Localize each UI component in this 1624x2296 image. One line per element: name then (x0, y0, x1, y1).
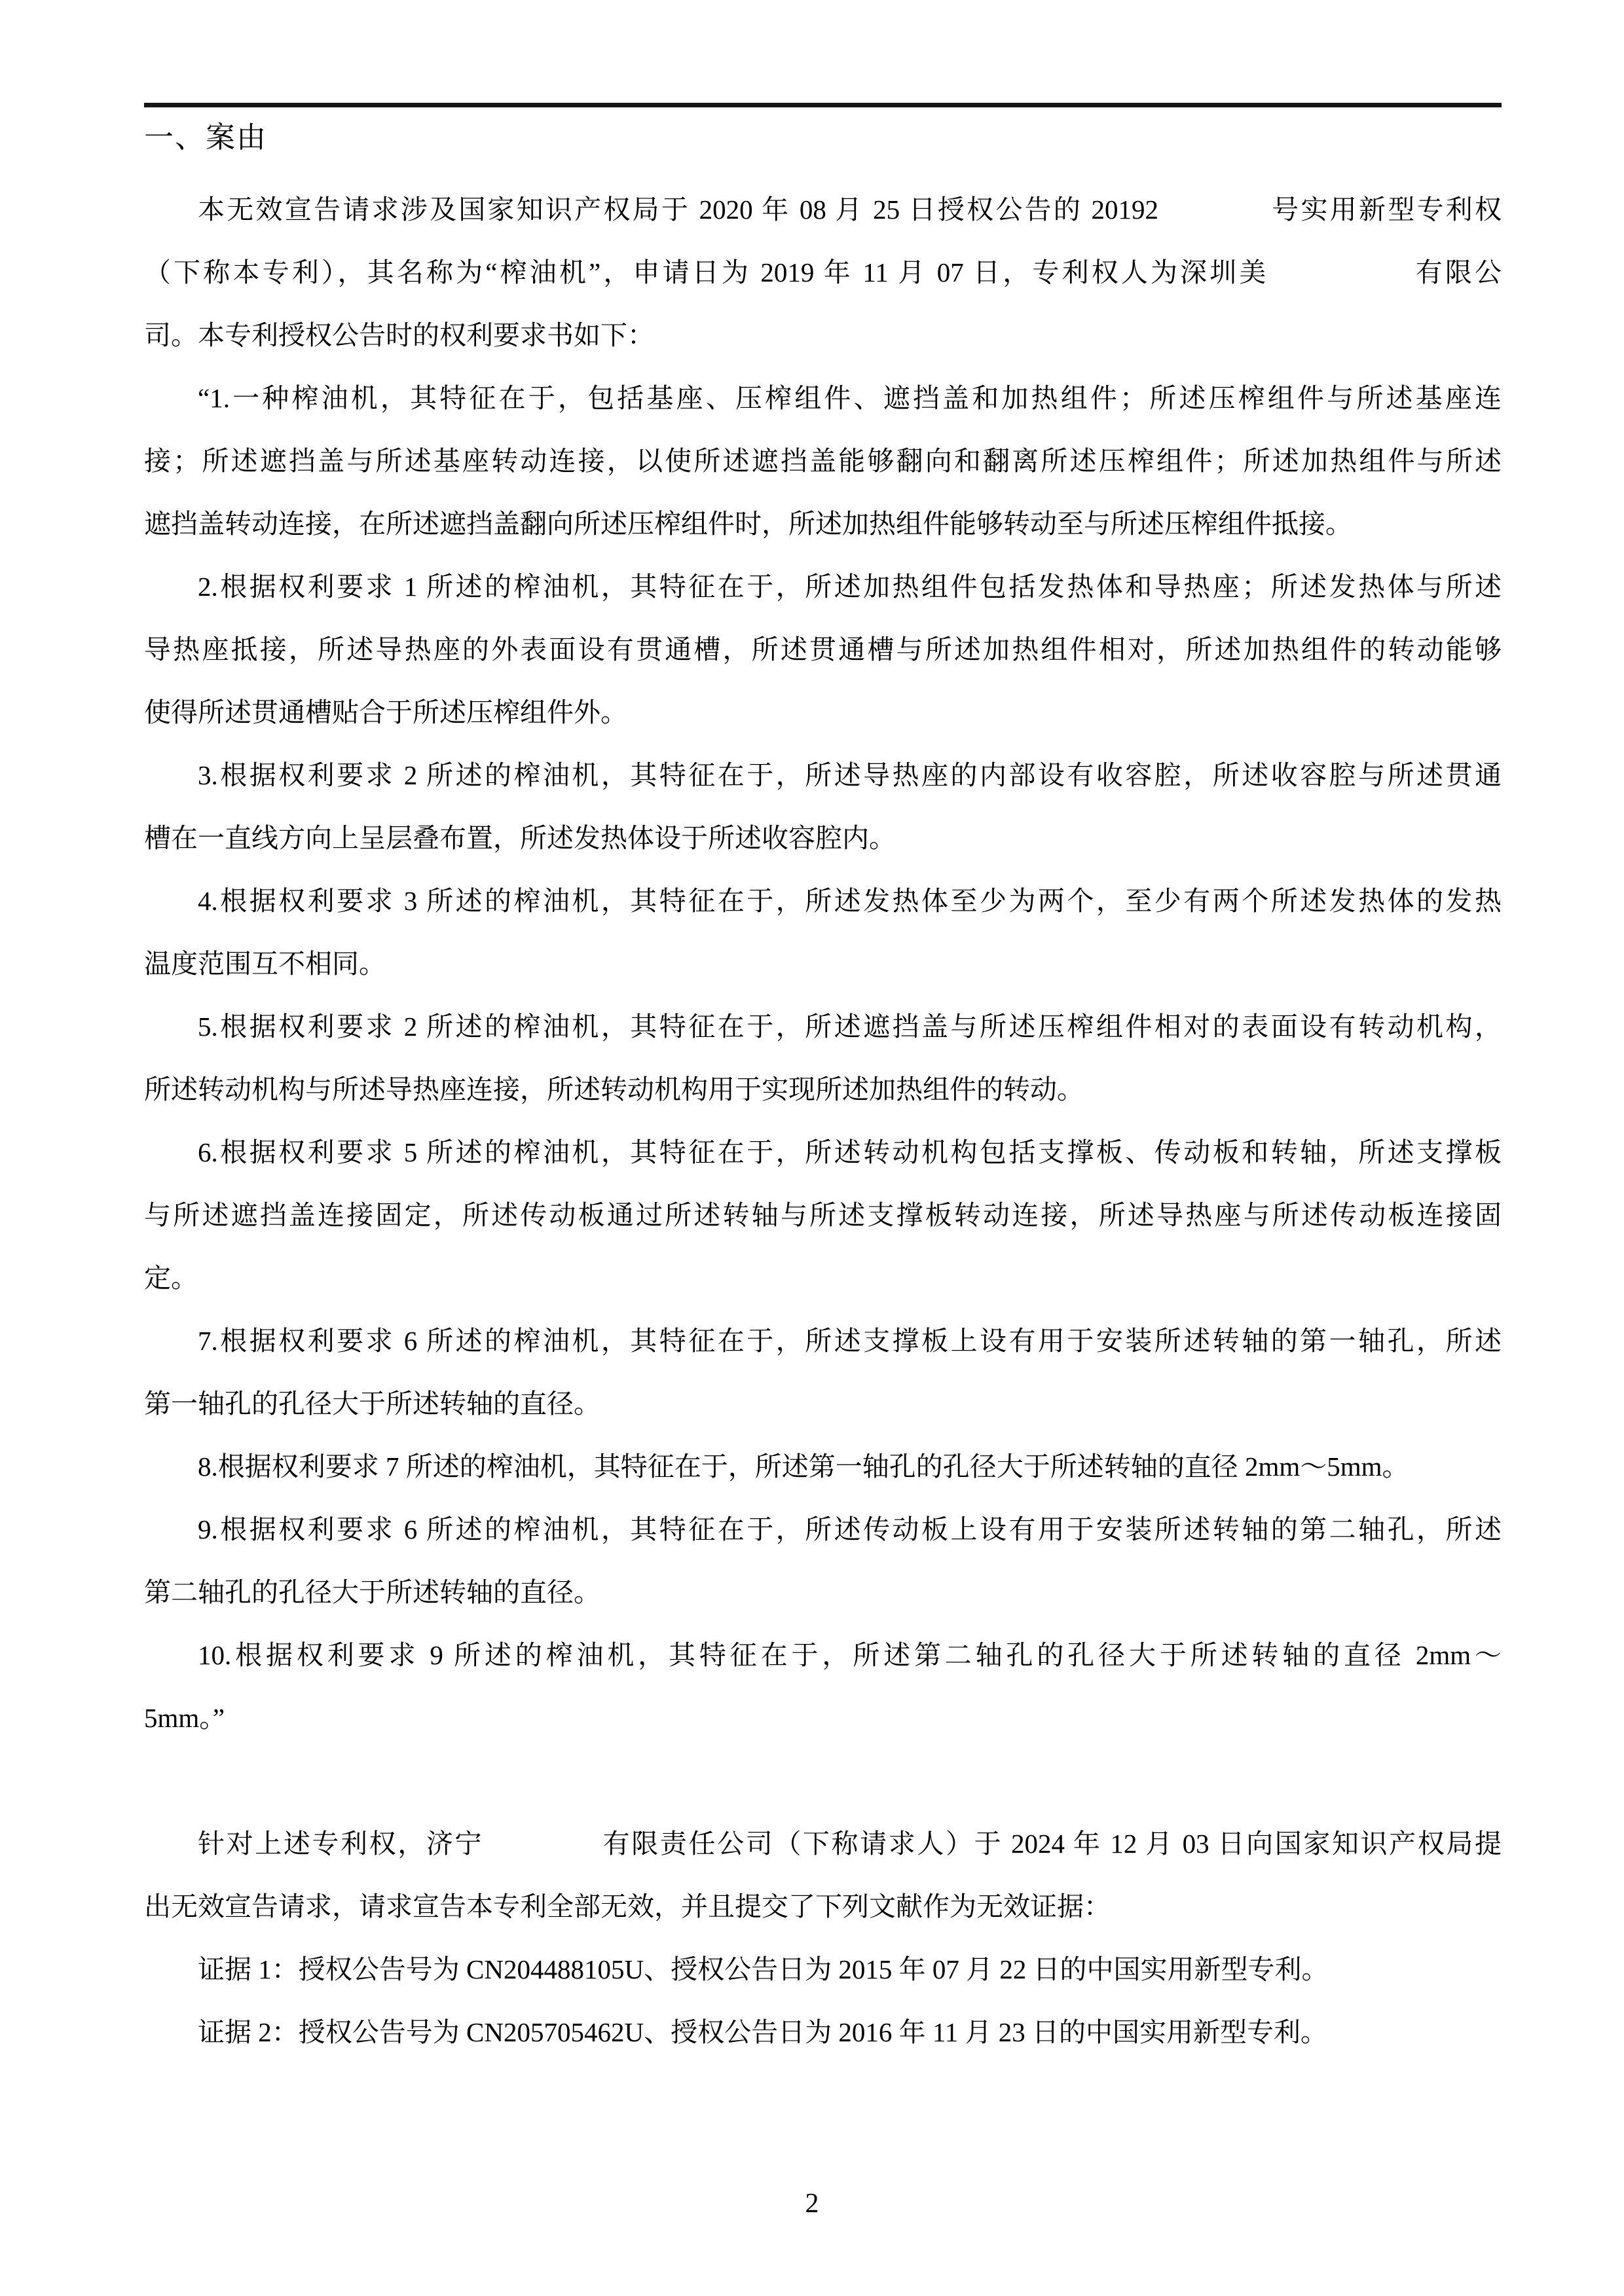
text-segment: 针对上述专利权，济宁 (198, 1829, 483, 1859)
text-line: 遮挡盖转动连接，在所述遮挡盖翻向所述压榨组件时，所述加热组件能够转动至与所述压榨… (144, 492, 1502, 555)
text-line: 第一轴孔的孔径大于所述转轴的直径。 (144, 1372, 1502, 1435)
text-line: （下称本专利），其名称为“榨油机”，申请日为 2019 年 11 月 07 日，… (144, 241, 1502, 304)
text-line: 5.根据权利要求 2 所述的榨油机，其特征在于，所述遮挡盖与所述压榨组件相对的表… (144, 995, 1502, 1058)
text-segment: 接；所述遮挡盖与所述基座转动连接，以使所述遮挡盖能够翻向和翻离所述压榨组件；所述… (144, 446, 1502, 476)
text-segment: 证据 2：授权公告号为 CN205705462U、授权公告日为 2016 年 1… (198, 2017, 1327, 2047)
text-segment: 第二轴孔的孔径大于所述转轴的直径。 (144, 1577, 600, 1607)
text-line: 使得所述贯通槽贴合于所述压榨组件外。 (144, 681, 1502, 744)
text-line: 8.根据权利要求 7 所述的榨油机，其特征在于，所述第一轴孔的孔径大于所述转轴的… (144, 1435, 1502, 1498)
text-line: 证据 2：授权公告号为 CN205705462U、授权公告日为 2016 年 1… (144, 2001, 1502, 2064)
text-line: 所述转动机构与所述导热座连接，所述转动机构用于实现所述加热组件的转动。 (144, 1058, 1502, 1121)
text-segment: 第一轴孔的孔径大于所述转轴的直径。 (144, 1389, 600, 1419)
text-line: 槽在一直线方向上呈层叠布置，所述发热体设于所述收容腔内。 (144, 807, 1502, 869)
page-number: 2 (0, 2185, 1624, 2222)
text-segment: 出无效宣告请求，请求宣告本专利全部无效，并且提交了下列文献作为无效证据： (144, 1891, 1111, 1922)
text-line: 10.根据权利要求 9 所述的榨油机，其特征在于，所述第二轴孔的孔径大于所述转轴… (144, 1624, 1502, 1686)
text-lines: 本无效宣告请求涉及国家知识产权局于 2020 年 08 月 25 日授权公告的 … (144, 178, 1502, 2064)
text-segment: 所述转动机构与所述导热座连接，所述转动机构用于实现所述加热组件的转动。 (144, 1074, 1084, 1104)
text-line: 2.根据权利要求 1 所述的榨油机，其特征在于，所述加热组件包括发热体和导热座；… (144, 555, 1502, 618)
redacted-blank (1269, 281, 1413, 282)
text-segment: 遮挡盖转动连接，在所述遮挡盖翻向所述压榨组件时，所述加热组件能够转动至与所述压榨… (144, 509, 1352, 539)
text-segment: 5.根据权利要求 2 所述的榨油机，其特征在于，所述遮挡盖与所述压榨组件相对的表… (198, 1011, 1502, 1042)
text-line: 4.根据权利要求 3 所述的榨油机，其特征在于，所述发热体至少为两个，至少有两个… (144, 869, 1502, 932)
text-line: 证据 1：授权公告号为 CN204488105U、授权公告日为 2015 年 0… (144, 1938, 1502, 2001)
text-segment: 8.根据权利要求 7 所述的榨油机，其特征在于，所述第一轴孔的孔径大于所述转轴的… (198, 1451, 1409, 1482)
text-line: 导热座抵接，所述导热座的外表面设有贯通槽，所述贯通槽与所述加热组件相对，所述加热… (144, 618, 1502, 681)
text-segment: 号实用新型专利权 (1270, 194, 1502, 225)
text-line: “1.一种榨油机，其特征在于，包括基座、压榨组件、遮挡盖和加热组件；所述压榨组件… (144, 367, 1502, 429)
text-segment: （下称本专利），其名称为“榨油机”，申请日为 2019 年 11 月 07 日，… (144, 257, 1269, 287)
text-line: 出无效宣告请求，请求宣告本专利全部无效，并且提交了下列文献作为无效证据： (144, 1875, 1502, 1938)
text-segment: 证据 1：授权公告号为 CN204488105U、授权公告日为 2015 年 0… (198, 1954, 1329, 1984)
text-segment: 有限公 (1413, 257, 1502, 287)
text-line: 与所述遮挡盖连接固定，所述传动板通过所述转轴与所述支撑板转动连接，所述导热座与所… (144, 1184, 1502, 1247)
text-line: 司。本专利授权公告时的权利要求书如下： (144, 304, 1502, 367)
document-page: 一、案由 本无效宣告请求涉及国家知识产权局于 2020 年 08 月 25 日授… (0, 0, 1624, 2296)
text-segment: 7.根据权利要求 6 所述的榨油机，其特征在于，所述支撑板上设有用于安装所述转轴… (198, 1326, 1502, 1356)
text-segment: 9.根据权利要求 6 所述的榨油机，其特征在于，所述传动板上设有用于安装所述转轴… (198, 1514, 1502, 1544)
text-line: 5mm。” (144, 1686, 1502, 1749)
text-segment: 6.根据权利要求 5 所述的榨油机，其特征在于，所述转动机构包括支撑板、传动板和… (198, 1137, 1502, 1167)
text-segment: 导热座抵接，所述导热座的外表面设有贯通槽，所述贯通槽与所述加热组件相对，所述加热… (144, 634, 1502, 665)
text-line: 6.根据权利要求 5 所述的榨油机，其特征在于，所述转动机构包括支撑板、传动板和… (144, 1121, 1502, 1184)
text-line: 温度范围互不相同。 (144, 932, 1502, 995)
redacted-blank (1158, 218, 1270, 219)
redacted-blank (483, 1852, 601, 1853)
text-segment: 5mm。” (144, 1703, 225, 1733)
text-line: 针对上述专利权，济宁有限责任公司（下称请求人）于 2024 年 12 月 03 … (144, 1812, 1502, 1875)
text-segment: 定。 (144, 1263, 198, 1293)
text-line: 9.根据权利要求 6 所述的榨油机，其特征在于，所述传动板上设有用于安装所述转轴… (144, 1498, 1502, 1561)
text-line: 3.根据权利要求 2 所述的榨油机，其特征在于，所述导热座的内部设有收容腔，所述… (144, 744, 1502, 807)
text-segment: 2.根据权利要求 1 所述的榨油机，其特征在于，所述加热组件包括发热体和导热座；… (198, 572, 1502, 602)
text-segment: 本无效宣告请求涉及国家知识产权局于 2020 年 08 月 25 日授权公告的 … (198, 194, 1158, 225)
text-line: 接；所述遮挡盖与所述基座转动连接，以使所述遮挡盖能够翻向和翻离所述压榨组件；所述… (144, 429, 1502, 492)
blank-line (144, 1749, 1502, 1812)
text-segment: 10.根据权利要求 9 所述的榨油机，其特征在于，所述第二轴孔的孔径大于所述转轴… (198, 1640, 1502, 1670)
text-segment: 槽在一直线方向上呈层叠布置，所述发热体设于所述收容腔内。 (144, 823, 896, 853)
text-line: 7.根据权利要求 6 所述的榨油机，其特征在于，所述支撑板上设有用于安装所述转轴… (144, 1309, 1502, 1372)
text-segment: 3.根据权利要求 2 所述的榨油机，其特征在于，所述导热座的内部设有收容腔，所述… (198, 760, 1502, 790)
text-line: 本无效宣告请求涉及国家知识产权局于 2020 年 08 月 25 日授权公告的 … (144, 178, 1502, 241)
text-segment: 温度范围互不相同。 (144, 949, 386, 979)
text-line: 第二轴孔的孔径大于所述转轴的直径。 (144, 1561, 1502, 1624)
text-segment: 使得所述贯通槽贴合于所述压榨组件外。 (144, 697, 627, 727)
text-line: 定。 (144, 1247, 1502, 1309)
text-segment: 司。本专利授权公告时的权利要求书如下： (144, 320, 654, 350)
section-heading: 一、案由 (144, 118, 267, 157)
text-segment: 有限责任公司（下称请求人）于 2024 年 12 月 03 日向国家知识产权局提 (601, 1829, 1502, 1859)
text-segment: 与所述遮挡盖连接固定，所述传动板通过所述转轴与所述支撑板转动连接，所述导热座与所… (144, 1200, 1502, 1230)
header-rule (144, 103, 1502, 107)
text-segment: 4.根据权利要求 3 所述的榨油机，其特征在于，所述发热体至少为两个，至少有两个… (198, 886, 1502, 916)
text-segment: “1.一种榨油机，其特征在于，包括基座、压榨组件、遮挡盖和加热组件；所述压榨组件… (198, 383, 1502, 413)
